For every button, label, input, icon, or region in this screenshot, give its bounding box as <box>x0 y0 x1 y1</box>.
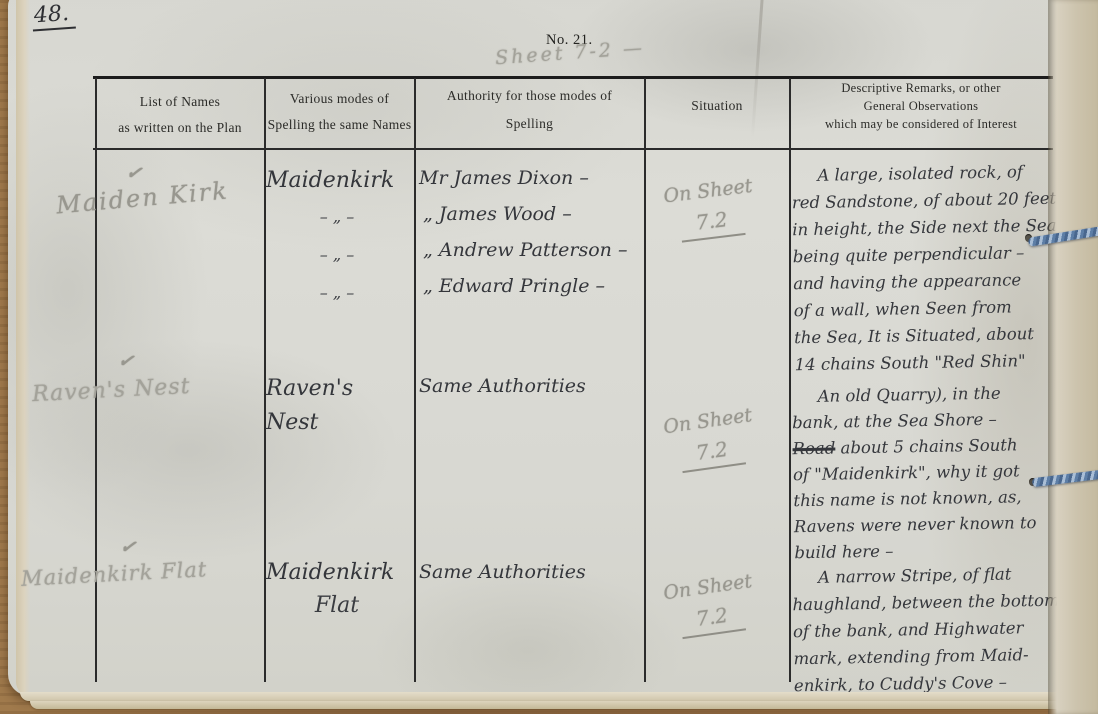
text-line: – „ – <box>266 274 408 312</box>
header-various-modes: Various modes ofSpelling the same Names <box>266 86 413 138</box>
text-line: which may be considered of Interest <box>791 115 1051 133</box>
header-descriptive-remarks: Descriptive Remarks, or otherGeneral Obs… <box>791 79 1051 133</box>
situation-entry: On Sheet7.2 <box>647 169 774 246</box>
column-divider-3 <box>644 78 646 682</box>
situation-entry: On Sheet7.2 <box>646 398 774 477</box>
text-line: Various modes of <box>266 86 413 112</box>
struck-out-word: Road <box>792 439 835 459</box>
header-situation: Situation <box>646 98 788 114</box>
text-line: „ Andrew Patterson – <box>419 232 641 268</box>
page-left-edge <box>16 0 30 696</box>
checkmark-icon: ✓ <box>119 535 138 559</box>
text-line: – „ – <box>266 236 408 274</box>
header-authority: Authority for those modes ofSpelling <box>416 82 643 138</box>
text-line: Situation <box>646 98 788 114</box>
text-line: as written on the Plan <box>97 115 263 141</box>
paper-crease <box>751 0 764 140</box>
text-line: Raven's Nest <box>266 372 408 440</box>
page-fold-edge <box>1048 0 1098 714</box>
authority-entries: Same Authorities <box>419 368 641 404</box>
text-line: List of Names <box>97 89 263 115</box>
text-line: „ James Wood – <box>419 196 641 232</box>
text-line: Spelling the same Names <box>266 112 413 138</box>
text-line: – „ – <box>266 198 408 236</box>
remarks-paragraph: An old Quarry), in thebank, at the Sea S… <box>791 380 1056 567</box>
name-on-plan: Raven's Nest <box>31 374 191 407</box>
ledger-page: 48. No. 21. Sheet 7-2 — List of Namesas … <box>8 0 1098 696</box>
text-line: Same Authorities <box>419 554 641 590</box>
text-line: Authority for those modes of <box>416 82 643 110</box>
authority-entries: Same Authorities <box>419 554 641 590</box>
remarks-paragraph: A narrow Stripe, of flathaughland, betwe… <box>792 560 1056 700</box>
text-line: Maidenkirk <box>266 164 408 198</box>
sheet-note-handwritten: Sheet 7-2 — <box>494 37 645 69</box>
remarks-paragraph: A large, isolated rock, ofred Sandstone,… <box>791 158 1057 379</box>
column-divider-2 <box>414 78 416 682</box>
text-line: Maidenkirk <box>266 556 408 590</box>
page-stack-edge <box>20 692 1080 701</box>
spelling-entries: MaidenkirkFlat <box>266 556 408 622</box>
text-line: Spelling <box>416 110 643 138</box>
text-line: Same Authorities <box>419 368 641 404</box>
text-line: Ravens were never known to <box>794 510 1056 541</box>
situation-entry: On Sheet7.2 <box>646 564 774 643</box>
checkmark-icon: ✓ <box>117 349 136 373</box>
text-line: 7.2 <box>678 202 745 243</box>
authority-entries: Mr James Dixon –„ James Wood –„ Andrew P… <box>419 160 641 304</box>
text-line: Mr James Dixon – <box>419 160 641 196</box>
name-on-plan: Maidenkirk Flat <box>20 557 207 591</box>
text-line: General Observations <box>791 97 1051 115</box>
text-line: 14 chains South "Red Shin" <box>794 347 1056 379</box>
spelling-entries: Maidenkirk– „ –– „ –– „ – <box>266 164 408 312</box>
name-on-plan: Maiden Kirk <box>55 177 230 220</box>
checkmark-icon: ✓ <box>125 161 144 185</box>
text-line: „ Edward Pringle – <box>419 268 641 304</box>
text-line: Flat <box>266 590 408 622</box>
text-line: and having the appearance <box>793 266 1055 298</box>
page-stack-edge <box>30 701 1080 709</box>
page-number: 48. <box>31 1 76 32</box>
text-line: mark, extending from Maid- <box>793 641 1055 673</box>
spelling-entries: Raven's Nest <box>266 372 408 440</box>
header-list-of-names: List of Namesas written on the Plan <box>97 89 263 141</box>
table-header-rule <box>93 148 1053 150</box>
text-line: Descriptive Remarks, or other <box>791 79 1051 97</box>
